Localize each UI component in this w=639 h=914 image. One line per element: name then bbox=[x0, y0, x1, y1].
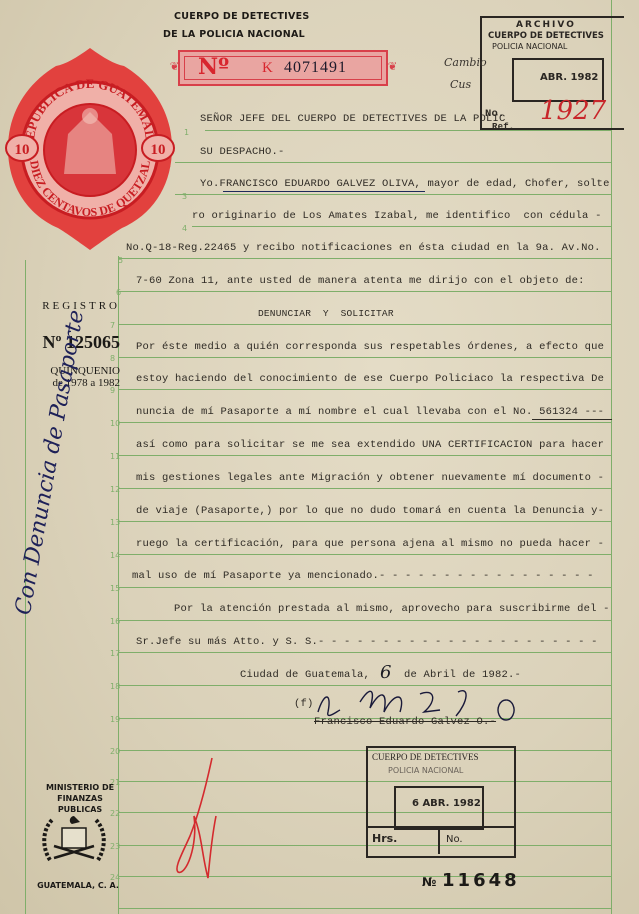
signature-typed-name: Francisco Eduardo Galvez O.- bbox=[314, 716, 496, 728]
rule-2 bbox=[175, 162, 612, 163]
body-line-10: nuncia de mí Pasaporte a mí nombre el cu… bbox=[136, 406, 604, 418]
body-line-4: ro originario de Los Amates Izabal, me i… bbox=[192, 210, 602, 222]
serial-prefix: Nº bbox=[198, 54, 229, 80]
archive-stamp-date: ABR. 1982 bbox=[540, 72, 598, 83]
archive-stamp-line2: POLICIA NACIONAL bbox=[492, 42, 567, 51]
ref-underline bbox=[520, 128, 612, 129]
line-number: 10 bbox=[110, 419, 120, 428]
red-initials-scribble bbox=[168, 756, 224, 886]
rule-1 bbox=[205, 130, 612, 131]
rule-8 bbox=[118, 357, 612, 358]
line-number: 13 bbox=[110, 518, 120, 527]
line-number: 5 bbox=[118, 256, 123, 265]
rule-7 bbox=[118, 324, 612, 325]
rule-5 bbox=[118, 258, 612, 259]
body-line-15: mal uso de mí Pasaporte ya mencionado.- … bbox=[132, 570, 594, 582]
received-no-label: No. bbox=[446, 834, 463, 845]
received-stamp-line1: CUERPO DE DETECTIVES bbox=[372, 752, 479, 762]
date-line-month-year: de Abril de 1982.- bbox=[404, 669, 521, 681]
received-date-box: 6 ABR. 1982 bbox=[394, 786, 484, 830]
document-page: 1 2 3 4 5 6 7 8 9 10 11 12 13 14 15 16 1… bbox=[0, 0, 639, 914]
rule-11 bbox=[118, 455, 612, 456]
ministerio-block: MINISTERIO DE FINANZAS PUBLICAS bbox=[36, 782, 124, 815]
received-stamp-divider bbox=[366, 826, 514, 828]
rule-25 bbox=[118, 908, 612, 909]
line-number: 12 bbox=[110, 485, 120, 494]
body-line-3: Yo.FRANCISCO EDUARDO GALVEZ OLIVA, mayor… bbox=[200, 178, 610, 190]
header-line-2: DE LA POLICIA NACIONAL bbox=[163, 29, 305, 40]
rule-14 bbox=[118, 554, 612, 555]
margin-handwritten-note: Con Denuncia de Pasaporte bbox=[0, 214, 106, 711]
line-number: 23 bbox=[110, 842, 120, 851]
body-line-11: así como para solicitar se me sea extend… bbox=[136, 439, 604, 451]
serial-series: K bbox=[262, 60, 273, 77]
archive-handwritten-2: Cus bbox=[450, 78, 471, 91]
footer-number-prefix: № bbox=[422, 875, 436, 889]
ref-number-handwritten: 1927 bbox=[540, 96, 606, 126]
body-line-17: Sr.Jefe su más Atto. y S. S.- - - - - - … bbox=[136, 636, 598, 648]
rule-13 bbox=[118, 521, 612, 522]
received-stamp-vdivider bbox=[438, 828, 440, 854]
body-line-addressee: SEÑOR JEFE DEL CUERPO DE DETECTIVES DE L… bbox=[200, 113, 506, 125]
date-line-city: Ciudad de Guatemala, bbox=[240, 669, 370, 681]
line-number: 16 bbox=[110, 617, 120, 626]
line-number: 19 bbox=[110, 715, 120, 724]
ministerio-footer: GUATEMALA, C. A. bbox=[34, 880, 122, 891]
footer-number: № 11648 bbox=[422, 870, 520, 891]
right-margin-rule bbox=[611, 0, 612, 914]
body-line-14: ruego la certificación, para que persona… bbox=[136, 538, 604, 550]
line-number: 3 bbox=[182, 192, 187, 201]
line-number: 20 bbox=[110, 747, 120, 756]
seal-value-left: 10 bbox=[15, 142, 30, 158]
body-subject: DENUNCIAR Y SOLICITAR bbox=[258, 308, 394, 319]
rule-16 bbox=[118, 620, 612, 621]
archive-handwritten-1: Cambio bbox=[444, 56, 487, 69]
line-number: 1 bbox=[184, 128, 189, 137]
received-stamp-line2: POLICIA NACIONAL bbox=[388, 766, 463, 775]
body-line-despacho: SU DESPACHO.- bbox=[200, 146, 285, 158]
rule-9 bbox=[118, 389, 612, 390]
name-underline bbox=[223, 191, 425, 192]
body-line-6: 7-60 Zona 11, ante usted de manera atent… bbox=[136, 275, 585, 287]
archive-stamp-title: ARCHIVO bbox=[516, 20, 576, 30]
line-number: 6 bbox=[116, 288, 121, 297]
date-day-handwritten: 6 bbox=[380, 662, 391, 683]
rule-3 bbox=[175, 194, 612, 195]
rule-12 bbox=[118, 488, 612, 489]
received-hrs-label: Hrs. bbox=[372, 832, 397, 845]
body-line-9: estoy haciendo del conocimiento de ese C… bbox=[136, 373, 604, 385]
received-stamp-date: 6 ABR. 1982 bbox=[412, 798, 481, 809]
rule-10 bbox=[118, 422, 612, 423]
body-line-5: No.Q-18-Reg.22465 y recibo notificacione… bbox=[126, 242, 601, 254]
serial-number-banner: Nº K 4071491 bbox=[178, 50, 388, 86]
serial-number: 4071491 bbox=[284, 59, 347, 77]
footer-number-value: 11648 bbox=[442, 870, 520, 891]
line-number: 4 bbox=[182, 224, 187, 233]
ministerio-line1: MINISTERIO DE bbox=[36, 782, 124, 793]
rule-15 bbox=[118, 587, 612, 588]
body-line-8: Por éste medio a quién corresponda sus r… bbox=[136, 341, 604, 353]
line-number: 17 bbox=[110, 649, 120, 658]
line-number: 11 bbox=[110, 452, 120, 461]
rule-6 bbox=[118, 291, 612, 292]
header-line-1: CUERPO DE DETECTIVES bbox=[174, 11, 310, 22]
rule-4 bbox=[192, 226, 612, 227]
body-line-13: de viaje (Pasaporte,) por lo que no dudo… bbox=[136, 505, 604, 517]
line-number: 14 bbox=[110, 551, 120, 560]
body-line-16: Por la atención prestada al mismo, aprov… bbox=[174, 603, 610, 615]
banner-right-ornament: ❦ bbox=[388, 58, 396, 75]
seal-value-right: 10 bbox=[151, 142, 166, 158]
body-line-12: mis gestiones legales ante Migración y o… bbox=[136, 472, 604, 484]
archive-stamp-line1: CUERPO DE DETECTIVES bbox=[488, 31, 604, 41]
passport-number-underline bbox=[532, 419, 612, 420]
coat-of-arms-icon bbox=[40, 812, 108, 868]
rule-17 bbox=[118, 652, 612, 653]
line-number: 15 bbox=[110, 584, 120, 593]
line-number: 18 bbox=[110, 682, 120, 691]
rule-20 bbox=[118, 750, 612, 751]
